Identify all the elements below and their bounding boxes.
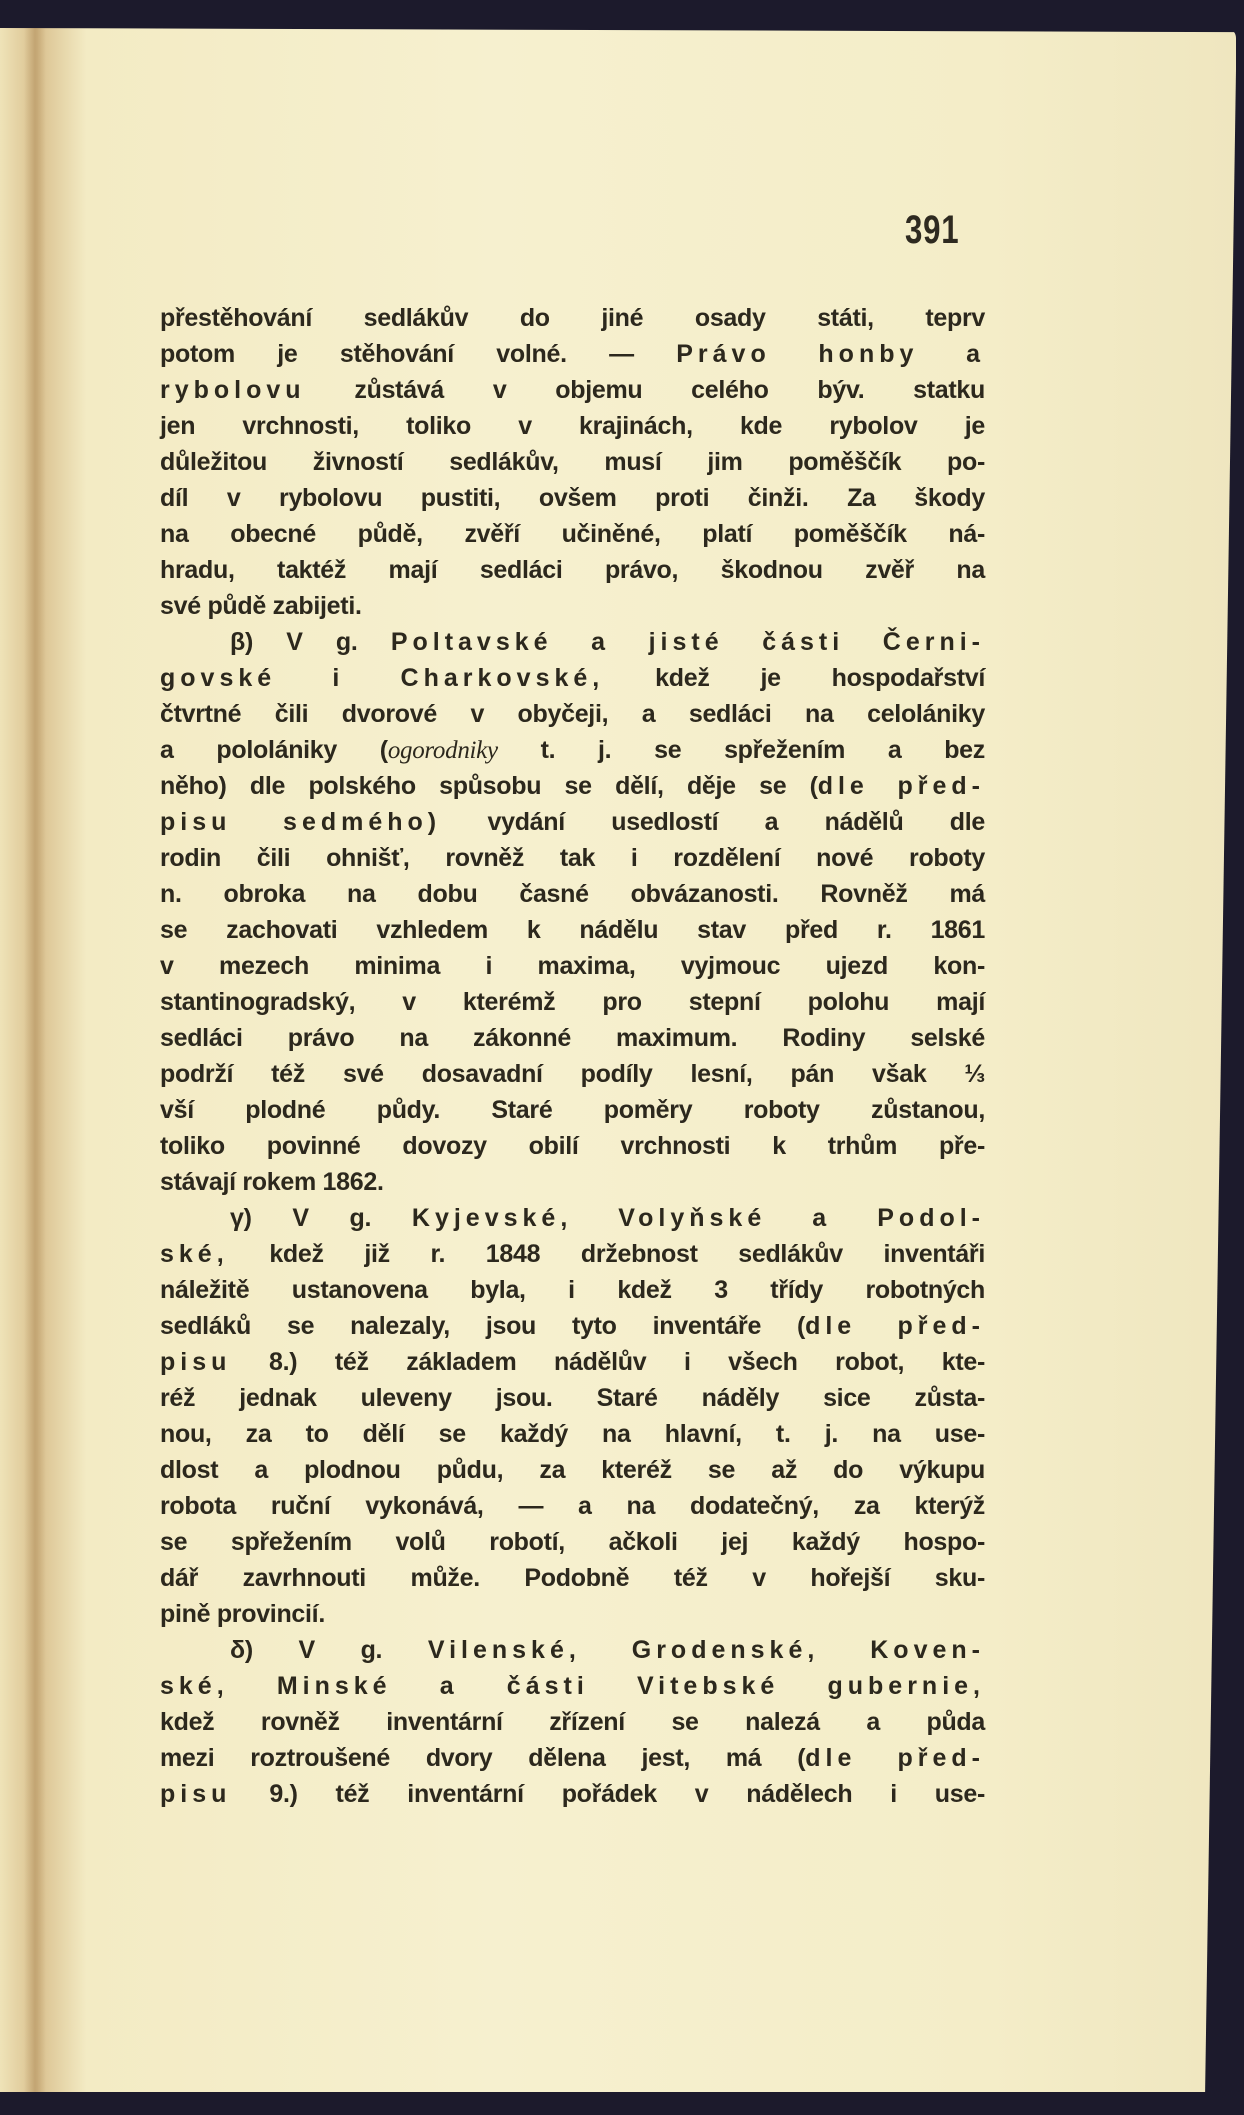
text-line: stávají rokem 1862.	[160, 1164, 985, 1200]
spaced-emphasis: dle před-	[805, 1744, 985, 1772]
text-line: stantinogradský, v kterémž pro stepní po…	[160, 984, 985, 1020]
line-text: se zachovati vzhledem k nádělu stav před…	[160, 916, 985, 944]
text-line: své půdě zabijeti.	[160, 588, 985, 624]
text-line: rodin čili ohnišť, rovněž tak i rozdělen…	[160, 840, 985, 876]
spaced-emphasis: pisu	[160, 1348, 231, 1376]
spaced-emphasis: Právo honby a	[676, 340, 985, 368]
text-line: toliko povinné dovozy obilí vrchnosti k …	[160, 1128, 985, 1164]
line-text: podrží též své dosavadní podíly lesní, p…	[160, 1060, 985, 1088]
text-line: γ) V g. Kyjevské, Volyňské a Podol-	[160, 1200, 985, 1236]
line-text: nou, za to dělí se každý na hlavní, t. j…	[160, 1420, 985, 1448]
line-text: stávají rokem 1862.	[160, 1168, 384, 1196]
text-line: jen vrchnosti, toliko v krajinách, kde r…	[160, 408, 985, 444]
line-text: 8.) též základem nádělův i všech robot, …	[231, 1348, 985, 1376]
line-text: réž jednak uleveny jsou. Staré náděly si…	[160, 1384, 985, 1412]
text-line: pině provincií.	[160, 1596, 985, 1632]
spaced-emphasis: ské, Minské a části Vitebské gubernie,	[160, 1672, 985, 1700]
line-text: n. obroka na dobu časné obvázanosti. Rov…	[160, 880, 985, 908]
line-text: δ) V g.	[230, 1636, 428, 1664]
line-text: dář zavrhnouti může. Podobně též v hořej…	[160, 1564, 985, 1592]
line-text: toliko povinné dovozy obilí vrchnosti k …	[160, 1132, 985, 1160]
line-text: své půdě zabijeti.	[160, 592, 362, 620]
text-line: nou, za to dělí se každý na hlavní, t. j…	[160, 1416, 985, 1452]
text-line: na obecné půdě, zvěří učiněné, platí pom…	[160, 516, 985, 552]
line-text: náležitě ustanovena byla, i kdež 3 třídy…	[160, 1276, 985, 1304]
text-line: sedláků se nalezaly, jsou tyto inventáře…	[160, 1308, 985, 1344]
line-text: robota ruční vykonává, — a na dodatečný,…	[160, 1492, 985, 1520]
text-line: ské, kdež již r. 1848 držebnost sedlákův…	[160, 1236, 985, 1272]
line-text: kdež rovněž inventární zřízení se nalezá…	[160, 1708, 985, 1736]
text-line: vší plodné půdy. Staré poměry roboty zůs…	[160, 1092, 985, 1128]
text-line: se zachovati vzhledem k nádělu stav před…	[160, 912, 985, 948]
line-text: hradu, taktéž mají sedláci právo, škodno…	[160, 556, 985, 584]
text-line: n. obroka na dobu časné obvázanosti. Rov…	[160, 876, 985, 912]
line-text: přestěhování sedlákův do jiné osady stát…	[160, 304, 985, 332]
line-text: sedláků se nalezaly, jsou tyto inventáře…	[160, 1312, 805, 1340]
line-text: něho) dle polského spůsobu se dělí, děje…	[160, 772, 818, 800]
line-text: jen vrchnosti, toliko v krajinách, kde r…	[160, 412, 985, 440]
text-line: náležitě ustanovena byla, i kdež 3 třídy…	[160, 1272, 985, 1308]
line-text: pině provincií.	[160, 1600, 325, 1628]
text-line: β) V g. Poltavské a jisté části Černi-	[160, 624, 985, 660]
line-text: stantinogradský, v kterémž pro stepní po…	[160, 988, 985, 1016]
text-line: sedláci právo na zákonné maximum. Rodiny…	[160, 1020, 985, 1056]
spaced-emphasis: pisu	[160, 1780, 231, 1808]
line-text: dlost a plodnou půdu, za kteréž se až do…	[160, 1456, 985, 1484]
text-line: mezi roztroušené dvory dělena jest, má (…	[160, 1740, 985, 1776]
text-line: něho) dle polského spůsobu se dělí, děje…	[160, 768, 985, 804]
text-line: pisu 9.) též inventární pořádek v náděle…	[160, 1776, 985, 1812]
spaced-emphasis: dle před-	[818, 772, 985, 800]
spaced-emphasis: Poltavské a jisté části Černi-	[391, 628, 985, 656]
text-line: přestěhování sedlákův do jiné osady stát…	[160, 300, 985, 336]
spaced-emphasis: rybolovu	[160, 376, 306, 404]
line-text: kdež je hospodařství	[604, 664, 985, 692]
spaced-emphasis: dle před-	[805, 1312, 985, 1340]
text-line: dlost a plodnou půdu, za kteréž se až do…	[160, 1452, 985, 1488]
text-line: díl v rybolovu pustiti, ovšem proti činž…	[160, 480, 985, 516]
line-text: a pololániky (	[160, 736, 388, 764]
line-text: v mezech minima i maxima, vyjmouc ujezd …	[160, 952, 985, 980]
text-line: pisu 8.) též základem nádělův i všech ro…	[160, 1344, 985, 1380]
text-line: hradu, taktéž mají sedláci právo, škodno…	[160, 552, 985, 588]
line-text: se spřežením volů robotí, ačkoli jej kaž…	[160, 1528, 985, 1556]
text-line: δ) V g. Vilenské, Grodenské, Koven-	[160, 1632, 985, 1668]
line-text: 9.) též inventární pořádek v nádělech i …	[231, 1780, 985, 1808]
text-line: dář zavrhnouti může. Podobně též v hořej…	[160, 1560, 985, 1596]
text-line: podrží též své dosavadní podíly lesní, p…	[160, 1056, 985, 1092]
spaced-emphasis: Vilenské, Grodenské, Koven-	[428, 1636, 985, 1664]
text-line: a pololániky (ogorodniky t. j. se spřeže…	[160, 732, 985, 768]
line-text: díl v rybolovu pustiti, ovšem proti činž…	[160, 484, 985, 512]
text-line: kdež rovněž inventární zřízení se nalezá…	[160, 1704, 985, 1740]
page-number: 391	[905, 208, 959, 253]
text-line: pisu sedmého) vydání usedlostí a nádělů …	[160, 804, 985, 840]
text-line: réž jednak uleveny jsou. Staré náděly si…	[160, 1380, 985, 1416]
italic-term: ogorodniky	[388, 737, 498, 764]
page-gutter-shadow	[24, 28, 46, 2092]
body-text: přestěhování sedlákův do jiné osady stát…	[160, 300, 985, 1812]
text-line: důležitou živností sedlákův, musí jim po…	[160, 444, 985, 480]
line-text: důležitou živností sedlákův, musí jim po…	[160, 448, 985, 476]
line-text: vydání usedlostí a nádělů dle	[441, 808, 985, 836]
line-text: vší plodné půdy. Staré poměry roboty zůs…	[160, 1096, 985, 1124]
line-text: zůstává v objemu celého býv. statku	[306, 376, 985, 404]
spaced-emphasis: govské i Charkovské,	[160, 664, 604, 692]
text-line: v mezech minima i maxima, vyjmouc ujezd …	[160, 948, 985, 984]
text-line: čtvrtné čili dvorové v obyčeji, a sedlác…	[160, 696, 985, 732]
line-text: β) V g.	[230, 628, 391, 656]
line-text: sedláci právo na zákonné maximum. Rodiny…	[160, 1024, 985, 1052]
text-line: rybolovu zůstává v objemu celého býv. st…	[160, 372, 985, 408]
line-text: potom je stěhování volné. —	[160, 340, 676, 368]
line-text: mezi roztroušené dvory dělena jest, má (	[160, 1744, 805, 1772]
line-text: čtvrtné čili dvorové v obyčeji, a sedlác…	[160, 700, 985, 728]
text-line: se spřežením volů robotí, ačkoli jej kaž…	[160, 1524, 985, 1560]
text-line: potom je stěhování volné. — Právo honby …	[160, 336, 985, 372]
line-text: γ) V g.	[230, 1204, 412, 1232]
spaced-emphasis: pisu sedmého)	[160, 808, 441, 836]
line-text: rodin čili ohnišť, rovněž tak i rozdělen…	[160, 844, 985, 872]
spaced-emphasis: Kyjevské, Volyňské a Podol-	[412, 1204, 985, 1232]
line-text: kdež již r. 1848 držebnost sedlákův inve…	[229, 1240, 985, 1268]
spaced-emphasis: ské,	[160, 1240, 229, 1268]
text-line: ské, Minské a části Vitebské gubernie,	[160, 1668, 985, 1704]
text-line: govské i Charkovské, kdež je hospodařstv…	[160, 660, 985, 696]
line-text: na obecné půdě, zvěří učiněné, platí pom…	[160, 520, 985, 548]
line-text: t. j. se spřežením a bez	[498, 736, 985, 764]
text-line: robota ruční vykonává, — a na dodatečný,…	[160, 1488, 985, 1524]
